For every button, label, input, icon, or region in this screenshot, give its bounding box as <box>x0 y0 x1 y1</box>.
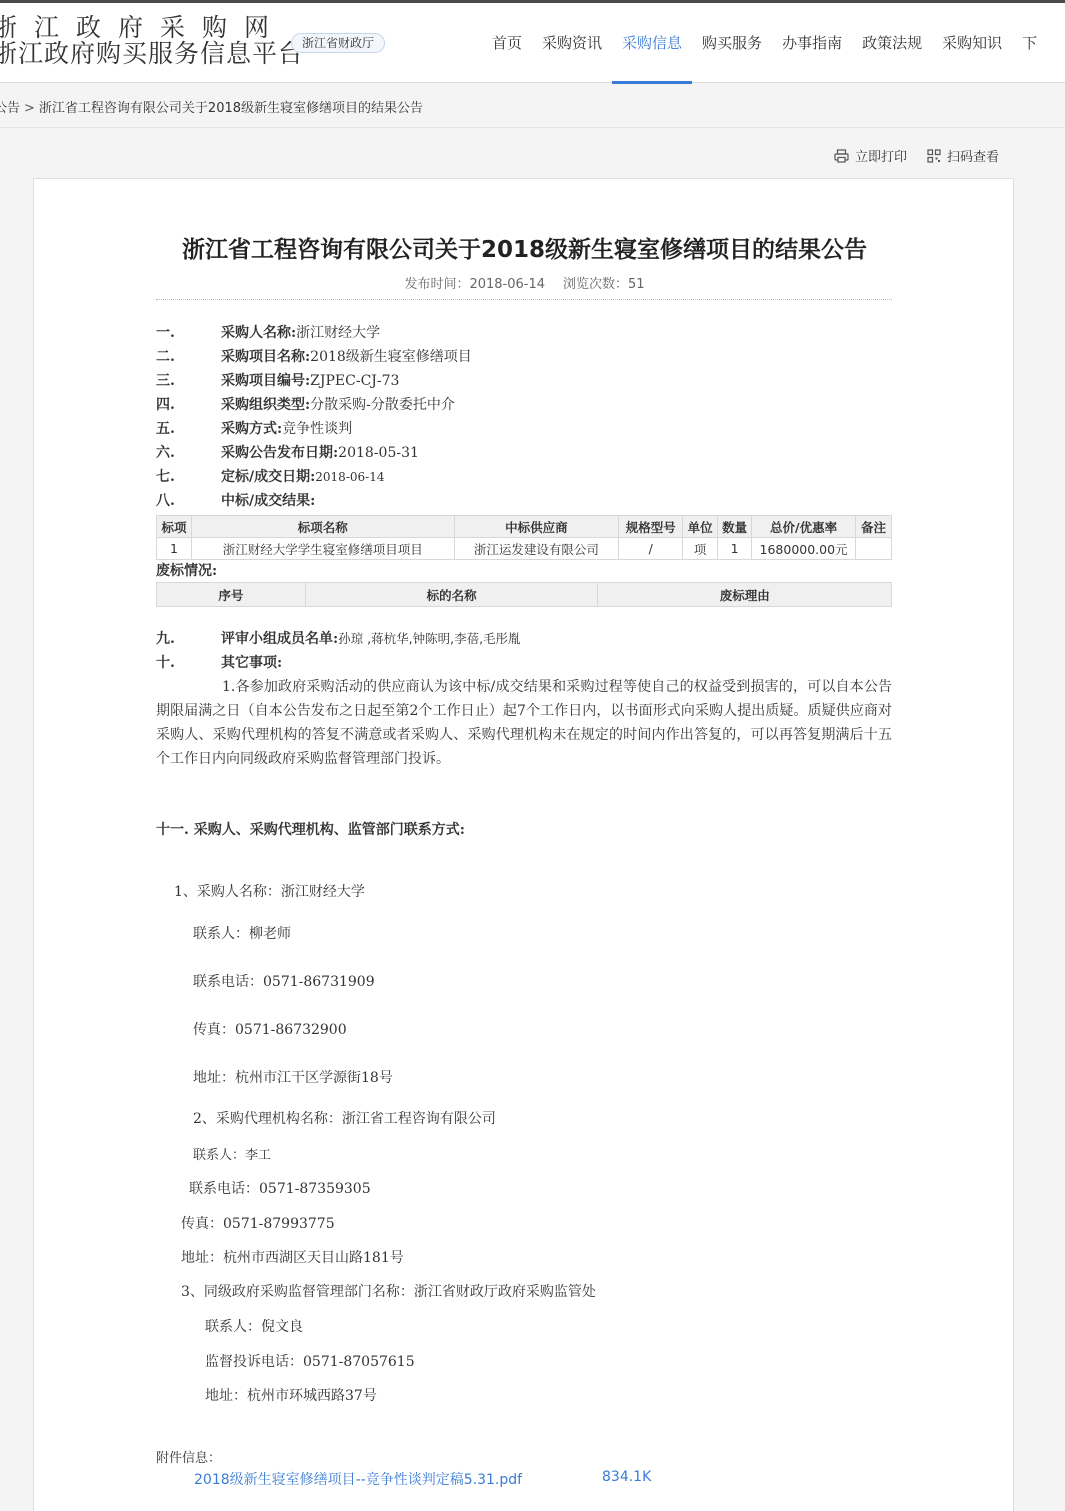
nav-item-news[interactable]: 采购资讯 <box>532 3 612 83</box>
nav-item-home[interactable]: 首页 <box>482 3 532 83</box>
print-label: 立即打印 <box>855 146 907 165</box>
qr-code-icon <box>927 149 941 163</box>
printer-icon <box>834 149 849 163</box>
table-row: 1 浙江财经大学学生寝室修缮项目项目 浙江运发建设有限公司 / 项 1 1680… <box>157 538 892 560</box>
dept-badge[interactable]: 浙江省财政厅 <box>291 33 385 53</box>
cell-qty: 1 <box>718 538 752 560</box>
item-value: 2018级新生寝室修缮项目 <box>310 345 472 369</box>
item-value: 2018-06-14 <box>315 465 384 489</box>
breadcrumb: 公告>浙江省工程咨询有限公司关于2018级新生寝室修缮项目的结果公告 <box>0 97 423 116</box>
item-value: ZJPEC-CJ-73 <box>310 369 399 393</box>
purchaser-address: 地址：杭州市江干区学源街18号 <box>193 1067 393 1087</box>
cell-supplier: 浙江运发建设有限公司 <box>454 538 619 560</box>
item-value: 分散采购-分散委托中介 <box>310 393 455 417</box>
item-number: 四. <box>156 393 221 417</box>
field-org-type: 四.采购组织类型: 分散采购-分散委托中介 <box>156 393 892 417</box>
logo-title: 浙江政府采购网 <box>0 15 304 41</box>
title-divider <box>156 299 892 300</box>
purchaser-phone: 联系电话：0571-86731909 <box>193 971 375 991</box>
item-number: 八. <box>156 489 221 513</box>
item-label: 采购项目名称: <box>221 345 310 369</box>
supervisor-phone: 监督投诉电话：0571-87057615 <box>205 1351 415 1371</box>
agency-address: 地址：杭州市西湖区天目山路181号 <box>181 1247 404 1267</box>
item-label: 采购方式: <box>221 417 282 441</box>
article-meta: 发布时间：2018-06-14浏览次数：51 <box>34 273 1015 292</box>
col-header-item-name: 标的名称 <box>305 583 598 607</box>
field-method: 五.采购方式: 竞争性谈判 <box>156 417 892 441</box>
item-label: 采购人名称: <box>221 321 296 345</box>
qr-view-button[interactable]: 扫码查看 <box>927 146 999 165</box>
print-button[interactable]: 立即打印 <box>834 146 907 165</box>
supervisor-contact: 联系人：倪文良 <box>205 1316 303 1336</box>
field-project-name: 二.采购项目名称: 2018级新生寝室修缮项目 <box>156 345 892 369</box>
item-value: 竞争性谈判 <box>282 417 352 441</box>
cell-remark <box>856 538 892 560</box>
col-header-lot: 标项 <box>157 516 192 538</box>
cell-total: 1680000.00元 <box>752 538 856 560</box>
item-label: 采购项目编号: <box>221 369 310 393</box>
nav-item-knowledge[interactable]: 采购知识 <box>932 3 1012 83</box>
item-number: 六. <box>156 441 221 465</box>
col-header-qty: 数量 <box>718 516 752 538</box>
article-tools: 立即打印 扫码查看 <box>834 146 999 165</box>
item-label: 评审小组成员名单: <box>221 627 338 651</box>
col-header-total: 总价/优惠率 <box>752 516 856 538</box>
table-header-row: 序号 标的名称 废标理由 <box>157 583 892 607</box>
field-award-date: 七.定标/成交日期: 2018-06-14 <box>156 465 892 489</box>
cell-unit: 项 <box>683 538 718 560</box>
field-award-result: 八.中标/成交结果: <box>156 489 892 513</box>
item-value: 孙琼 ,蒋杭华,钟陈明,李蓓,毛彤胤 <box>338 627 520 651</box>
item-number: 十. <box>156 651 221 675</box>
award-result-table: 标项 标项名称 中标供应商 规格型号 单位 数量 总价/优惠率 备注 1 浙江财… <box>156 515 892 560</box>
col-header-remark: 备注 <box>856 516 892 538</box>
supervisor-address: 地址：杭州市环城西路37号 <box>205 1385 377 1405</box>
field-purchaser: 一.采购人名称: 浙江财经大学 <box>156 321 892 345</box>
nav-item-procurement-info[interactable]: 采购信息 <box>612 3 692 83</box>
item-number: 三. <box>156 369 221 393</box>
notice-paragraph: 1.各参加政府采购活动的供应商认为该中标/成交结果和采购过程等使自己的权益受到损… <box>156 675 892 771</box>
breadcrumb-separator: > <box>24 101 35 116</box>
cell-lot-name: 浙江财经大学学生寝室修缮项目项目 <box>191 538 454 560</box>
col-header-supplier: 中标供应商 <box>454 516 619 538</box>
item-label: 采购组织类型: <box>221 393 310 417</box>
attachment-link[interactable]: 2018级新生寝室修缮项目--竞争性谈判定稿5.31.pdf <box>194 1469 522 1489</box>
item-label: 定标/成交日期: <box>221 465 315 489</box>
agency-name: 2、采购代理机构名称：浙江省工程咨询有限公司 <box>193 1108 496 1128</box>
publish-time: 发布时间：2018-06-14 <box>404 277 545 292</box>
item-value: 浙江财经大学 <box>296 321 380 345</box>
col-header-lot-name: 标项名称 <box>191 516 454 538</box>
breadcrumb-parent[interactable]: 公告 <box>0 101 20 116</box>
item-value: 2018-05-31 <box>338 441 419 465</box>
col-header-spec: 规格型号 <box>619 516 683 538</box>
attachments-label: 附件信息： <box>156 1447 221 1466</box>
col-header-reason: 废标理由 <box>598 583 892 607</box>
agency-phone: 联系电话：0571-87359305 <box>189 1178 371 1198</box>
nav-item-purchase-services[interactable]: 购买服务 <box>692 3 772 83</box>
attachment-size: 834.1K <box>602 1469 651 1485</box>
col-header-seq: 序号 <box>157 583 306 607</box>
item-number: 五. <box>156 417 221 441</box>
nav-item-guide[interactable]: 办事指南 <box>772 3 852 83</box>
breadcrumb-current: 浙江省工程咨询有限公司关于2018级新生寝室修缮项目的结果公告 <box>39 101 423 116</box>
breadcrumb-bar: 公告>浙江省工程咨询有限公司关于2018级新生寝室修缮项目的结果公告 <box>0 84 1065 128</box>
table-header-row: 标项 标项名称 中标供应商 规格型号 单位 数量 总价/优惠率 备注 <box>157 516 892 538</box>
nav-item-download[interactable]: 下 <box>1012 3 1047 83</box>
field-other-matters: 十.其它事项: <box>156 651 892 675</box>
agency-fax: 传真：0571-87993775 <box>181 1213 335 1233</box>
section-contacts-title: 十一. 采购人、采购代理机构、监管部门联系方式: <box>156 819 465 839</box>
purchaser-name: 1、采购人名称：浙江财经大学 <box>174 881 365 901</box>
col-header-unit: 单位 <box>683 516 718 538</box>
item-number: 九. <box>156 627 221 651</box>
field-review-panel: 九.评审小组成员名单: 孙琼 ,蒋杭华,钟陈明,李蓓,毛彤胤 <box>156 627 892 651</box>
cell-lot: 1 <box>157 538 192 560</box>
site-header: 浙江政府采购网 浙江政府购买服务信息平台 浙江省财政厅 首页 采购资讯 采购信息… <box>0 3 1065 83</box>
item-label: 其它事项: <box>221 651 282 675</box>
article-title: 浙江省工程咨询有限公司关于2018级新生寝室修缮项目的结果公告 <box>34 231 1015 264</box>
logo-subtitle: 浙江政府购买服务信息平台 <box>0 41 304 67</box>
item-number: 一. <box>156 321 221 345</box>
main-nav: 首页 采购资讯 采购信息 购买服务 办事指南 政策法规 采购知识 下 <box>482 3 1047 83</box>
article-content: 一.采购人名称: 浙江财经大学 二.采购项目名称: 2018级新生寝室修缮项目 … <box>156 321 892 771</box>
item-number: 七. <box>156 465 221 489</box>
waste-bid-label: 废标情况: <box>156 560 892 582</box>
nav-item-policy[interactable]: 政策法规 <box>852 3 932 83</box>
item-label: 采购公告发布日期: <box>221 441 338 465</box>
site-logo[interactable]: 浙江政府采购网 浙江政府购买服务信息平台 <box>0 15 304 67</box>
field-announce-date: 六.采购公告发布日期: 2018-05-31 <box>156 441 892 465</box>
view-count: 浏览次数：51 <box>563 277 645 292</box>
cell-spec: / <box>619 538 683 560</box>
qr-view-label: 扫码查看 <box>947 146 999 165</box>
item-number: 二. <box>156 345 221 369</box>
purchaser-fax: 传真：0571-86732900 <box>193 1019 347 1039</box>
field-project-code: 三.采购项目编号: ZJPEC-CJ-73 <box>156 369 892 393</box>
item-label: 中标/成交结果: <box>221 489 315 513</box>
agency-contact: 联系人：李工 <box>193 1144 271 1163</box>
purchaser-contact: 联系人：柳老师 <box>193 923 291 943</box>
supervisor-name: 3、同级政府采购监督管理部门名称：浙江省财政厅政府采购监管处 <box>181 1281 596 1301</box>
notice-paragraph-wrap: 1.各参加政府采购活动的供应商认为该中标/成交结果和采购过程等使自己的权益受到损… <box>156 675 892 771</box>
article-card: 浙江省工程咨询有限公司关于2018级新生寝室修缮项目的结果公告 发布时间：201… <box>33 178 1014 1511</box>
waste-bid-table: 序号 标的名称 废标理由 <box>156 582 892 607</box>
